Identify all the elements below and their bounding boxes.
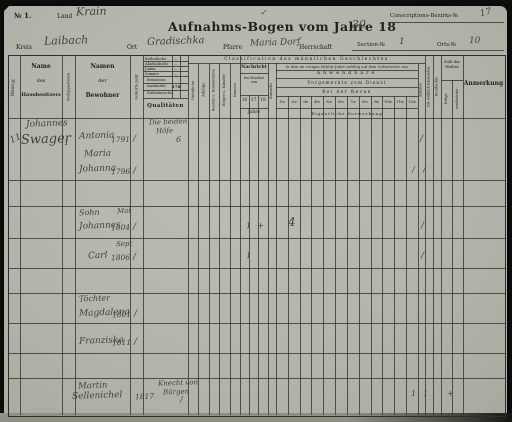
col-weiber-ledige: ledige — [441, 81, 452, 117]
hw-group-head: Sohn — [79, 208, 100, 218]
col-bewohner-3: Bewohner — [75, 92, 130, 99]
hw-quality-note: Bürgen — [163, 388, 189, 397]
revue-col-11: 11te — [394, 100, 406, 104]
kreis-label: Kreis — [16, 44, 32, 51]
col-anmerkung: Anmerkung — [463, 80, 504, 87]
nachricht-age-18: 18 — [258, 98, 268, 103]
grid-line — [143, 55, 144, 415]
hw-resident-name: Antonia — [79, 130, 115, 141]
hw-month: Mai — [117, 207, 131, 215]
hw-tick: ∕ — [133, 252, 136, 262]
col-owner-2: des — [20, 78, 62, 84]
hw-tick: ∕ — [134, 309, 137, 319]
grid-line — [143, 98, 188, 99]
hw-owner-firstname: Johannes — [26, 118, 68, 129]
col-bewohner-2: der — [75, 78, 130, 84]
hw-mark: + — [447, 389, 454, 398]
hw-tick: ∕ — [133, 134, 136, 144]
grid-line — [8, 180, 505, 181]
revue-bei: Bei der Revue — [276, 89, 418, 94]
col-bewohner-1: Namen — [75, 63, 130, 70]
revue-col-6: 6te — [335, 100, 347, 104]
nachricht-age-17: 17 — [249, 98, 258, 103]
religion-row-4-value: — — [174, 72, 178, 76]
grid-line — [276, 96, 418, 97]
hw-tick: ∕ — [421, 221, 424, 231]
hw-tick: ∕ — [421, 251, 424, 261]
conscription-district-label: Conscriptions-Bezirks-№ — [390, 13, 458, 19]
revue-col-12: 12te — [406, 100, 418, 104]
ort-label: Ort — [127, 44, 137, 51]
grid-line — [288, 96, 289, 415]
revue-col-1: 1te — [276, 100, 288, 104]
revue-col-3: 3te — [300, 100, 311, 104]
orts-value: 10 — [469, 36, 481, 46]
grid-line — [394, 96, 395, 415]
hw-resident-year: 1801 — [112, 310, 131, 320]
grid-line — [463, 55, 464, 415]
classification-title: Classification des männlichen Geschlecht… — [188, 57, 425, 62]
revue-col-5: 5te — [323, 100, 335, 104]
grid-line — [452, 80, 453, 415]
nachricht-unit: Jahre — [240, 110, 268, 115]
hw-resident-year: 1806 — [111, 253, 130, 263]
status-row-2: Ausländer — [147, 84, 166, 88]
grid-line — [240, 95, 268, 96]
grid-line — [382, 96, 383, 415]
land-value-handwritten: Krain — [76, 4, 107, 18]
hw-tick: ∕ — [420, 134, 423, 144]
revue-col-9: 9te — [371, 100, 382, 104]
status-row-3: Einheimische — [147, 91, 172, 95]
grid-line — [240, 108, 268, 109]
hw-quality-note: Die beiden — [149, 117, 187, 126]
grid-line — [240, 55, 241, 415]
col-weiber-title: Zahl der Weiber — [442, 59, 462, 69]
nachricht-title: Nachricht — [240, 65, 268, 70]
hw-tick: ∕ — [423, 165, 426, 174]
year-handwritten: 30 — [352, 18, 366, 31]
religion-row-1-value: — — [174, 57, 178, 61]
hw-tick: ∕ — [180, 395, 183, 404]
religion-row-2-value: — — [174, 62, 178, 66]
hw-resident-year: 1796 — [111, 167, 130, 177]
religion-row-4: Summe — [145, 72, 159, 76]
hw-resident-year: 1804 — [111, 223, 130, 233]
hw-mark: 6 — [176, 135, 181, 144]
revue-col-4: 4te — [311, 100, 323, 104]
grid-line — [8, 238, 505, 239]
revue-col-2: 2te — [288, 100, 300, 104]
nachricht-sub: Im Wuchse von — [241, 76, 267, 84]
hw-mark: 1 — [423, 389, 428, 398]
hw-mark: 1 — [246, 221, 251, 230]
grid-line — [276, 78, 418, 79]
grid-line — [180, 56, 181, 98]
hw-tick: ∕ — [133, 222, 136, 232]
grid-line — [75, 55, 76, 415]
grid-line — [335, 96, 336, 415]
class-col-beamte: Beamte u. Honoratioren — [209, 64, 219, 116]
col-weiber-verehelichte: verehelichte — [452, 81, 463, 117]
hw-tick: ∕ — [134, 337, 137, 347]
grid-line — [258, 95, 259, 415]
grid-line — [276, 63, 277, 415]
nachricht-age-16: 16 — [240, 98, 249, 103]
grid-line — [8, 353, 505, 354]
grid-line — [8, 206, 505, 207]
hw-resident-year: 1791 — [111, 135, 130, 145]
herrschaft-label: Herrschaft — [299, 44, 332, 51]
col-summe: Summe — [418, 63, 425, 118]
status-row-2-value: 178 — [172, 84, 180, 89]
hw-mark: 4 — [288, 215, 296, 229]
orts-label: Orts-№ — [437, 42, 456, 48]
hw-resident-name: Carl — [88, 251, 108, 262]
pfarre-label: Pfarre — [223, 44, 242, 51]
hw-resident-surname: Sellenichel — [72, 390, 123, 402]
class-col-geistliche: Geistliche — [188, 64, 198, 116]
hw-quality-note: Knecht von — [158, 378, 198, 387]
hw-month: Sept — [116, 240, 133, 249]
grid-line — [300, 96, 301, 415]
religion-row-1: Katholische — [145, 57, 166, 61]
scan-corner-shadow — [0, 0, 15, 15]
hw-mark: 1 — [246, 251, 251, 260]
revue-bottom: Eigentliche Vormerkung — [276, 111, 418, 116]
kreis-value: Laibach — [44, 33, 89, 48]
revue-anwendbare: Anwendbare — [276, 71, 418, 76]
col-zuwachs: Zuwachs — [268, 63, 276, 118]
scanned-census-form: № 1. Land Krain ✓ Aufnahms-Bogen vom Jah… — [0, 0, 512, 422]
col-parteien: Wohnparteien — [62, 57, 75, 116]
grid-line — [359, 96, 360, 415]
class-col-bauern: Bauern — [230, 64, 240, 116]
grid-line — [8, 323, 505, 324]
grid-line — [8, 378, 505, 379]
hw-quality-note: Höfe — [156, 127, 173, 136]
hw-group-head: Töchter — [79, 293, 110, 303]
revue-small-title: In dem im vorigen Militär-Jahre zufällig… — [277, 65, 417, 69]
ort-value: Gradischka — [147, 35, 205, 48]
status-row-1: Beisassen — [147, 78, 166, 82]
hw-tick: ∕ — [412, 165, 415, 174]
col-house-number: Haus-№ — [8, 56, 20, 117]
revue-vorgemerkte: Vorgemerkte zum Dienst — [276, 80, 418, 85]
col-owner-3: Hausbesitzers — [20, 92, 62, 98]
rule — [352, 50, 504, 51]
hw-resident-name: Maria — [84, 149, 111, 160]
class-col-buerger: Bürger u. Künstler — [219, 64, 230, 116]
col-owner-1: Name — [20, 63, 62, 70]
col-geburtsjahr: Geburts-Jahr — [130, 57, 143, 116]
hw-resident-year: 1811 — [112, 338, 131, 348]
hw-resident-year: 1817 — [135, 392, 154, 402]
religion-row-2: Akatholische — [145, 62, 168, 66]
hw-partei-count: 1 — [64, 138, 69, 147]
revue-col-10: 10te — [382, 100, 394, 104]
revue-col-8: 8te — [359, 100, 371, 104]
grid-line — [20, 55, 21, 415]
grid-line — [8, 118, 505, 119]
grid-line — [406, 96, 407, 415]
pfarre-value: Maria Dorf — [250, 37, 301, 49]
rule — [388, 22, 504, 23]
land-label: Land — [57, 13, 72, 20]
section-value: 1 — [399, 37, 405, 47]
col-serving: Die wirklich Dienenden — [425, 56, 433, 117]
section-label: Section-№ — [357, 42, 385, 48]
class-col-adelige: Adelige — [198, 64, 209, 116]
grid-line — [311, 96, 312, 415]
grid-line — [371, 96, 372, 415]
grid-line — [347, 96, 348, 415]
grid-line — [240, 73, 268, 74]
revue-col-7: 7te — [347, 100, 359, 104]
grid-line — [276, 108, 418, 109]
grid-line — [8, 268, 505, 269]
hw-mark: + — [257, 221, 264, 230]
form-number: № 1. — [14, 11, 31, 20]
grid-line — [323, 96, 324, 415]
hw-mark: 1 — [411, 389, 416, 398]
check-mark: ✓ — [260, 8, 267, 17]
hw-tick: ∕ — [133, 166, 136, 176]
col-beurlaubte: Beurlaubte — [433, 56, 441, 117]
religion-row-3: Juden — [145, 67, 156, 71]
col-qualitaeten: Qualitäten — [143, 103, 188, 109]
religion-row-3-value: — — [174, 67, 178, 71]
